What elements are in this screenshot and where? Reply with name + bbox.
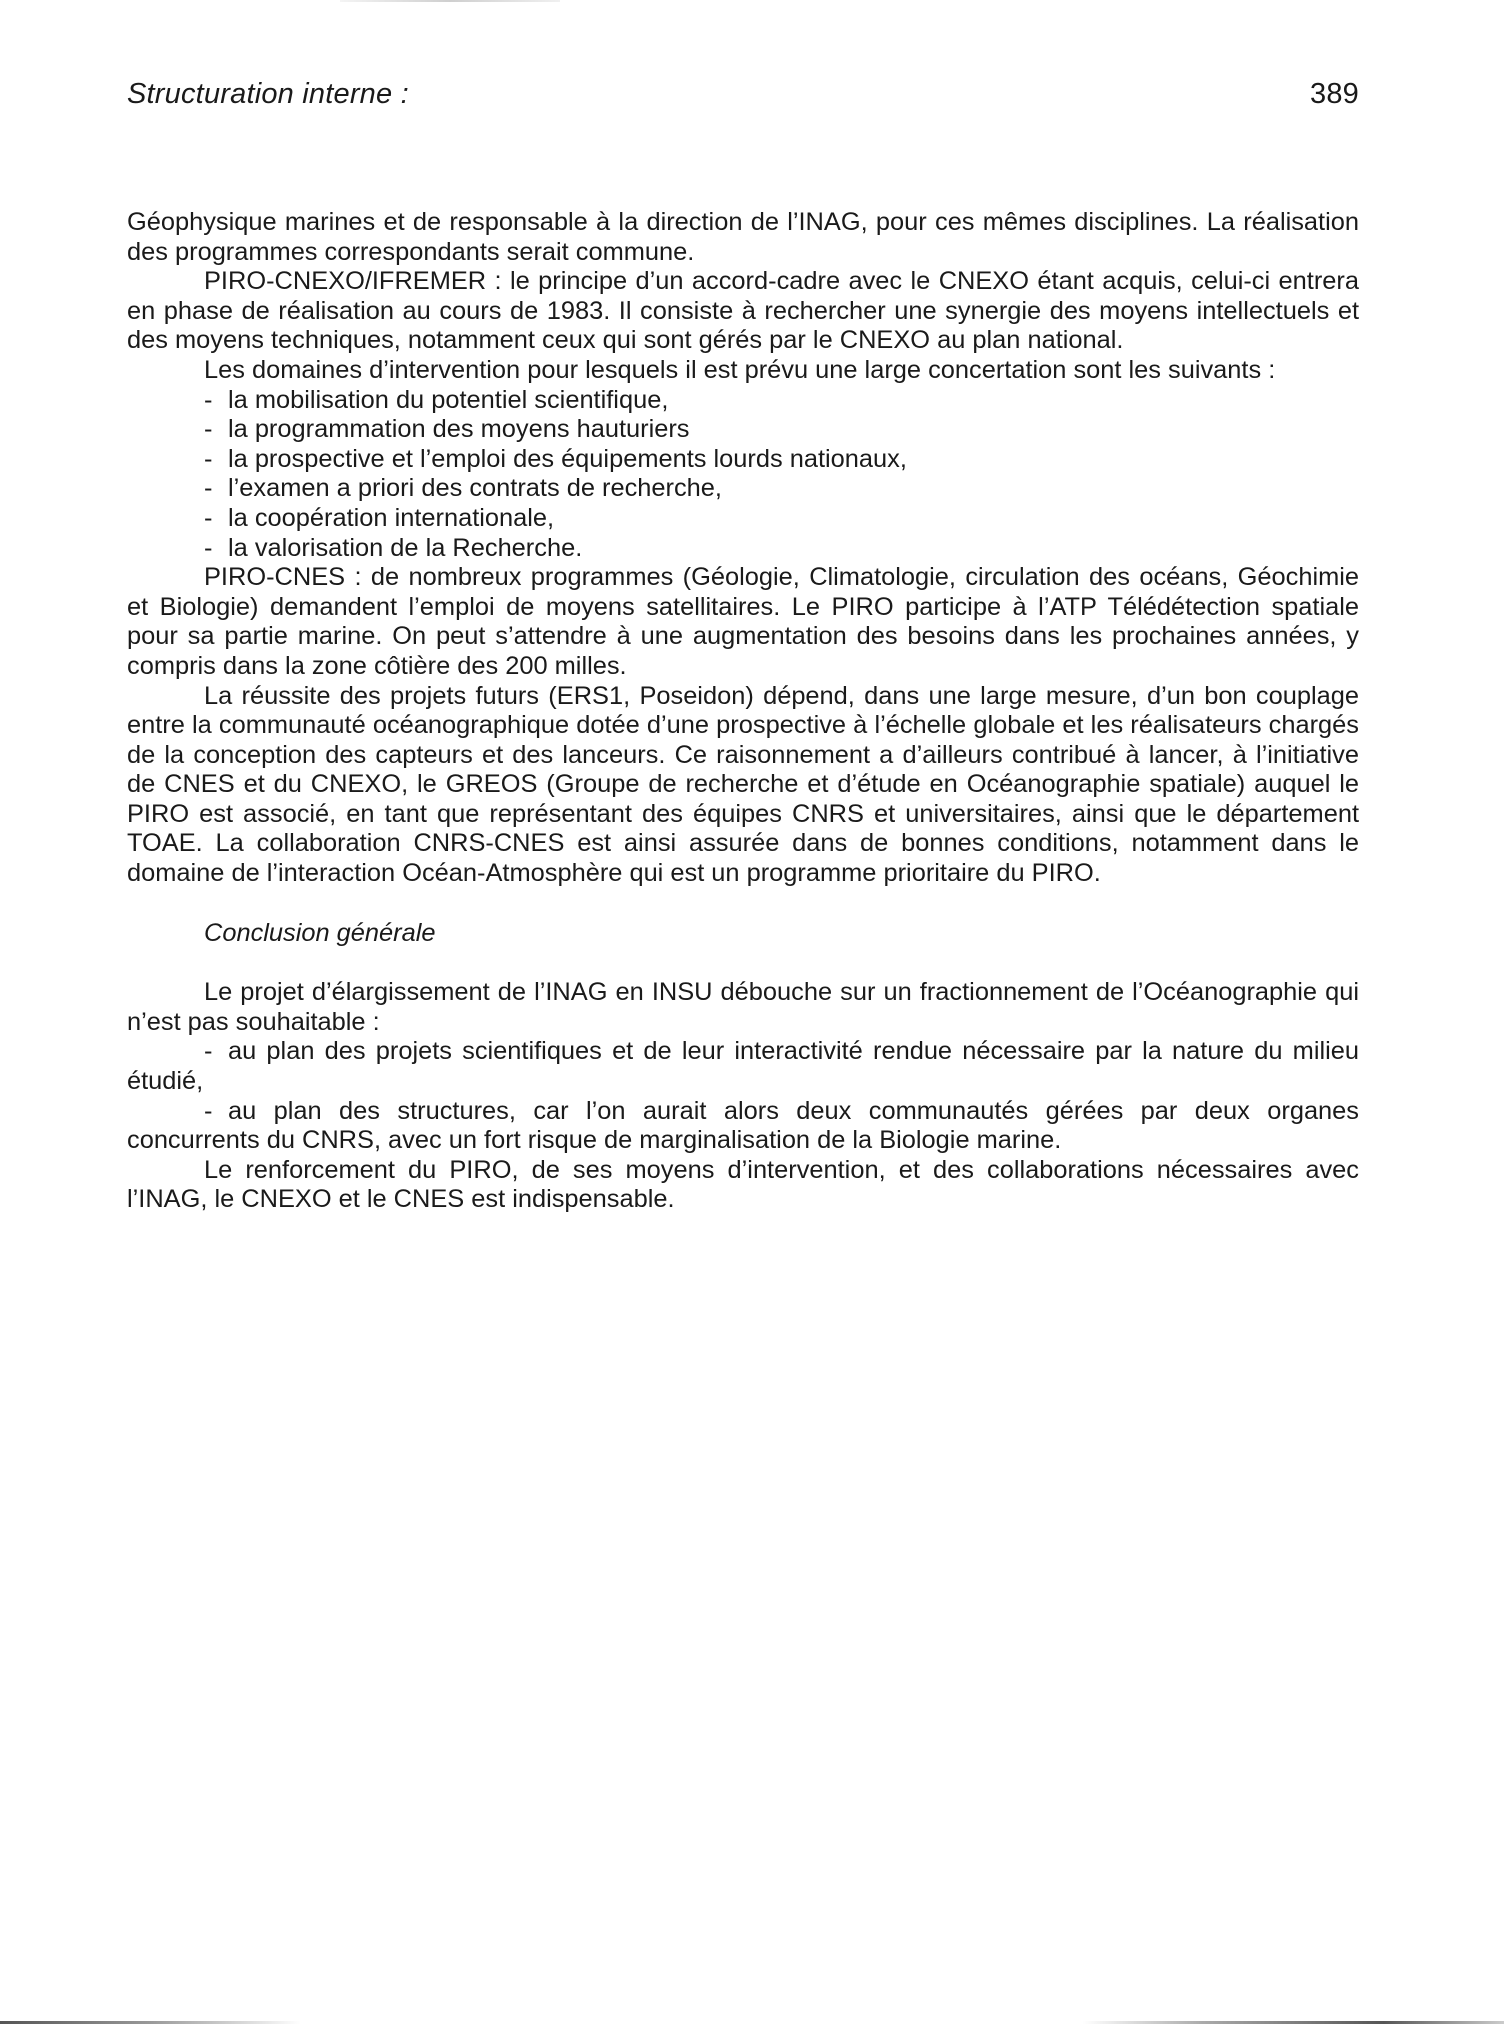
paragraph-future-projects: La réussite des projets futurs (ERS1, Po… bbox=[127, 682, 1359, 889]
paragraph-piro-cnexo: PIRO-CNEXO/IFREMER : le principe d’un ac… bbox=[127, 267, 1359, 356]
dash-bullet: - bbox=[204, 504, 228, 534]
dash-bullet: - bbox=[204, 1037, 228, 1067]
list-item: -la mobilisation du potentiel scientifiq… bbox=[127, 386, 1359, 416]
dash-bullet: - bbox=[204, 474, 228, 504]
list-item: -la prospective et l’emploi des équipeme… bbox=[127, 445, 1359, 475]
running-title: Structuration interne : bbox=[127, 78, 409, 111]
section-heading-conclusion: Conclusion générale bbox=[127, 919, 1359, 949]
conclusion-point-text: au plan des structures, car l’on aurait … bbox=[127, 1097, 1359, 1155]
scan-edge-top bbox=[340, 0, 560, 2]
list-item: -l’examen a priori des contrats de reche… bbox=[127, 474, 1359, 504]
dash-bullet: - bbox=[204, 1097, 228, 1127]
paragraph-piro-cnes: PIRO-CNES : de nombreux programmes (Géol… bbox=[127, 563, 1359, 681]
list-item-text: la valorisation de la Recherche. bbox=[228, 534, 582, 562]
list-item-text: la programmation des moyens hauturiers bbox=[228, 415, 689, 443]
running-head: Structuration interne : 389 bbox=[127, 78, 1359, 111]
dash-bullet: - bbox=[204, 415, 228, 445]
page-body: Géophysique marines et de responsable à … bbox=[127, 208, 1359, 1215]
paragraph-conclusion-intro: Le projet d’élargissement de l’INAG en I… bbox=[127, 978, 1359, 1037]
paragraph-conclusion-final: Le renforcement du PIRO, de ses moyens d… bbox=[127, 1156, 1359, 1215]
dash-bullet: - bbox=[204, 445, 228, 475]
list-item-text: la mobilisation du potentiel scientifiqu… bbox=[228, 386, 668, 414]
dash-bullet: - bbox=[204, 386, 228, 416]
domains-list: -la mobilisation du potentiel scientifiq… bbox=[127, 386, 1359, 564]
list-item: -la programmation des moyens hauturiers bbox=[127, 415, 1359, 445]
list-item-text: la prospective et l’emploi des équipemen… bbox=[228, 445, 907, 473]
list-item-text: la coopération internationale, bbox=[228, 504, 554, 532]
dash-bullet: - bbox=[204, 534, 228, 564]
page-number: 389 bbox=[1310, 78, 1359, 111]
paragraph-domains-intro: Les domaines d’intervention pour lesquel… bbox=[127, 356, 1359, 386]
conclusion-point: -au plan des structures, car l’on aurait… bbox=[127, 1097, 1359, 1156]
list-item: -la coopération internationale, bbox=[127, 504, 1359, 534]
conclusion-point: -au plan des projets scientifiques et de… bbox=[127, 1037, 1359, 1096]
list-item: -la valorisation de la Recherche. bbox=[127, 534, 1359, 564]
conclusion-point-text: au plan des projets scientifiques et de … bbox=[127, 1037, 1359, 1095]
paragraph-continuation: Géophysique marines et de responsable à … bbox=[127, 208, 1359, 267]
list-item-text: l’examen a priori des contrats de recher… bbox=[228, 474, 722, 502]
